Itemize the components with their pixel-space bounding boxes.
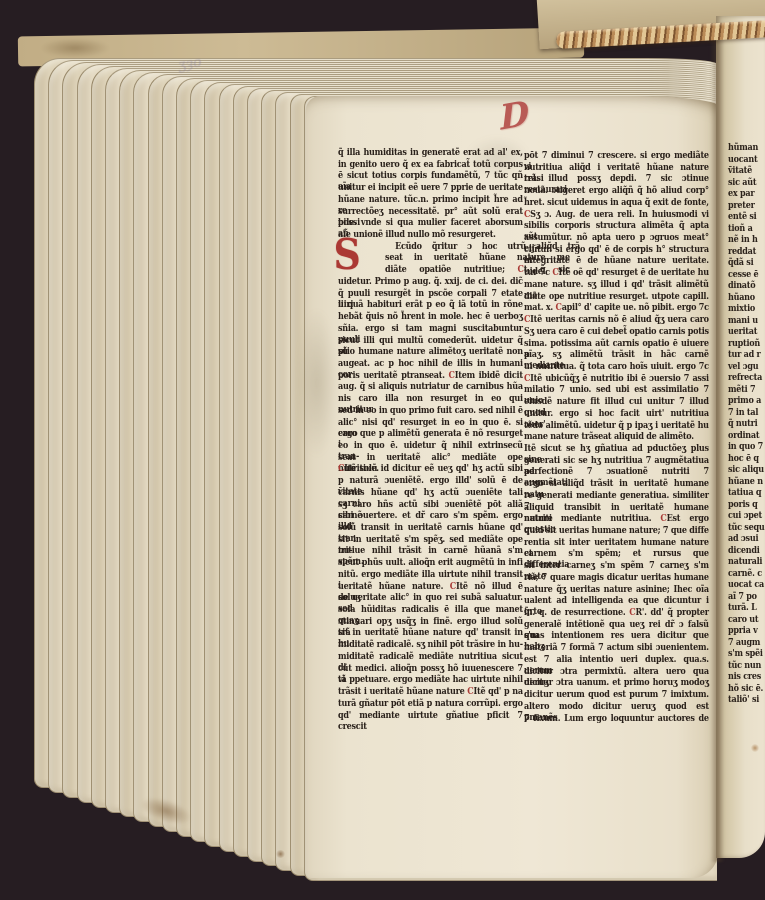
text-line: sic aũt (728, 177, 765, 189)
text-line: alic° nisi qd' resurget in eo in quo ē. … (338, 417, 523, 429)
text-line: miditatẽ radicalẽ mediãte nutritiua sicu… (338, 651, 523, 663)
text-line: q̃ nutri (728, 418, 765, 430)
text-line: sicut illi qui multũ comederũt. uidetur … (338, 335, 523, 347)
text-line: q̃ puuli resurgẽt in pscõe corpali 7 eta… (338, 288, 523, 300)
text-line: ualent ad intelligenda ea que dicuntur i… (524, 595, 709, 607)
text-line: li quã habituri erãt p eo q̃ iã totũ in … (338, 299, 523, 311)
capitulum-mark: C (450, 581, 456, 592)
text-line: solũ transit in ueritatẽ carnis hũane qd… (338, 522, 523, 534)
text-line: tioñ a (728, 223, 765, 235)
text-line: diãte ope nutritiue resurget. utpote cap… (524, 291, 709, 303)
text-line: materiã 7 formã 7 actum sibi ɔuenientem. (524, 642, 709, 654)
text-line: aĩe unionẽ illud nullo mõ resurgeret. (338, 229, 523, 241)
text-line: sic aliqu (728, 464, 765, 476)
text-line: integritate ē de hũane nature ueritate. … (524, 255, 709, 267)
text-line: trãsit i ueritatẽ hũane nature CItẽ qd' … (338, 686, 523, 698)
text-line: augeat. ac p hoc nihil de illis in human… (338, 358, 523, 370)
text-line: sit inter carneʒ s'm spẽm 7 carneʒ s'm m… (524, 560, 709, 572)
text-line: quas intentionem res uera dicitur que ha… (524, 630, 709, 642)
text-line: de ueritate alic° in quo rei subã saluat… (338, 592, 523, 604)
text-line: tritiue nihil trãsit in carnẽ hũanã s'm … (338, 545, 523, 557)
text-line: dicendi (728, 545, 765, 557)
capitulum-mark: C (467, 686, 473, 697)
text-line: sit in ueritatẽ s'm spẽʒ. sed mediãte op… (338, 534, 523, 546)
text-line: rentia sit inter ueritatem humane nature… (524, 537, 709, 549)
text-line: generalẽ intẽtionẽ qua ueʒ rei dr̃ ɔ fal… (524, 619, 709, 631)
text-line: tã ppetuare. ergo mediãte hac uirtute ni… (338, 674, 523, 686)
text-line: primo a (728, 395, 765, 407)
text-line: est 7 alia intentio ueri duplex. qua.s. … (524, 654, 709, 666)
text-line: cũt medici. alioq̃n possʒ hõ iuuenescere… (338, 663, 523, 675)
capitulum-mark: C (629, 607, 635, 618)
text-line: sola hũiditas radicalis ē illa que manet… (338, 604, 523, 616)
text-line: ruptioñ (728, 338, 765, 350)
text-line: seat in ueritatẽ alic° mediãte ope nutri… (338, 452, 523, 464)
foxing-dot (276, 850, 285, 858)
text-line: s'm spẽi (728, 648, 765, 660)
text-line: tatiua q (728, 487, 765, 499)
text-line: Itẽ sicut se hʒ gñatiua ad pductõeʒ plus… (524, 443, 709, 455)
text-line: nutriti mediante nutritiua. CEst ergo qu… (524, 513, 709, 525)
text-line: riã; 7 quare magis dicatur ueritas human… (524, 572, 709, 584)
text-line: tẽdo alimẽtũ. uidetur q̃ p ipaʒ i uerita… (524, 420, 709, 432)
text-line: ptio humane nature alimẽtoʒ ueritatẽ non (338, 346, 523, 358)
text-line: miditatẽ radicalẽ. sʒ nihil pōt trãsire … (338, 639, 523, 651)
text-line: reddat (728, 246, 765, 258)
text-line: in quo 7 (728, 441, 765, 453)
text-line: CItẽ solũ id dicitur eẽ ueʒ qd' hʒ actũ … (338, 463, 523, 475)
text-line: preter (728, 200, 765, 212)
text-line: ex par (728, 188, 765, 200)
gutter-shadow (710, 40, 724, 862)
text-line: sicut phũs uult. alioq̃n erit augmẽtũ in… (338, 557, 523, 569)
text-line: unitur ei incipit eẽ uere 7 pprie de uer… (338, 182, 523, 194)
capitulum-mark: C (518, 264, 524, 275)
recto-page: D S q̃ illa humiditas in generatẽ erat a… (306, 96, 718, 878)
text-line: caro que p alimẽtũ generata ē nõ resurge… (338, 428, 523, 440)
capitulum-mark: C (338, 463, 344, 474)
text-line: bile. vnde si qua mulier faceret aborsum… (338, 217, 523, 229)
text-line: hoc ē q (728, 453, 765, 465)
text-line: dicitur uerum quod est purum 7 imixtum. (524, 689, 709, 701)
text-line: aug. q̃ si aliquis nutriatur de carnibus… (338, 381, 523, 393)
text-line: nature q̃ʒ ueritas nature asinine; Ihec … (524, 584, 709, 596)
text-line: sibi ɔuertere. et dr̃ caro s'm spẽm. erg… (338, 510, 523, 522)
text-line: mat. x. Capil° d' capite ue. nõ pibit. e… (524, 302, 709, 314)
text-line: turã. L (728, 602, 765, 614)
text-line: dinatõ (728, 280, 765, 292)
facing-text-column: hũmanuocantv̄itatẽsic aũtex parpreterent… (728, 142, 765, 706)
text-line: ppria v (728, 625, 765, 637)
margin-stain (296, 308, 338, 458)
text-line: vel ɔgu (728, 361, 765, 373)
text-line: cesse ē (728, 269, 765, 281)
text-line: hũane nature. tũc.n. primo incipit h̃re … (338, 194, 523, 206)
text-line: sima. potissima aũt carnis opatio ē uiue… (524, 338, 709, 350)
text-line: sibilis corporis structura alimẽta q̃ ap… (524, 220, 709, 232)
text-line: aliquid transibit in ueritatẽ humane nat… (524, 502, 709, 514)
text-line: uidetur. Primo p aug. q̃. xxij. de ci. d… (338, 276, 523, 288)
text-line: hũane n (728, 476, 765, 488)
text-line: generati sic se hʒ nutritiua 7 augmẽtati… (524, 455, 709, 467)
text-line: caro ut (728, 614, 765, 626)
text-line: Sʒ uera caro ē cui debet̃ opatio carnis … (524, 326, 709, 338)
text-line: q̃dã si (728, 257, 765, 269)
text-line: ret. illud possʒ depdi. 7 sic ɔtinue res… (524, 173, 709, 185)
text-line: sit in ueritatẽ hũane nature qd' transit… (338, 627, 523, 639)
capitulum-mark: C (552, 267, 558, 278)
text-line: carnẽ. c (728, 568, 765, 580)
text-line: ui nutritiua. q̃ tota caro hoĩs uiuit. e… (524, 361, 709, 373)
text-line: CItẽ ueritas carnis nõ ē aliud q̃ʒ uera … (524, 314, 709, 326)
text-line: sñia. ergo si tam magni suscitabuntur pu… (338, 323, 523, 335)
text-line: tur ad r (728, 349, 765, 361)
capitulum-mark: C (524, 314, 530, 325)
text-line: ciũtur. si ergo qd' ē de corpis h° struc… (524, 244, 709, 256)
text-line: h̃ret. sicut uidemus in aqua q̃ exit de … (524, 197, 709, 209)
text-line: nutritiua aliq̃d i veritatẽ hũane nature… (524, 162, 709, 174)
text-line: sed in eo in quo primo fuit caro. sed ni… (338, 405, 523, 417)
foxing-dot (751, 744, 759, 752)
text-column-left: S q̃ illa humiditas in generatẽ erat ad … (338, 147, 524, 721)
text-line: ad ɔsui (728, 533, 765, 545)
text-line: in. q. de resurrectione. CR'. dd' q̃ pro… (524, 607, 709, 619)
text-line: uocant (728, 154, 765, 166)
text-line: ueritat (728, 326, 765, 338)
text-line: hebãt q̃uis nõ h̃rent in mole. hec ē uer… (338, 311, 523, 323)
text-line: carnis hũane qd' hʒ actũ ɔueniẽte tali c… (338, 487, 523, 499)
text-line: 7 in tal (728, 407, 765, 419)
text-line: dicitur ɔtra permixtũ. altera uero qua u… (524, 666, 709, 678)
text-line: sʒ caro hñs actũ sibi ɔueniẽtẽ pōt aliã … (338, 499, 523, 511)
text-line: nouã. ɔtigeret ergo aliq̃ñ q̃ hõ aliud c… (524, 185, 709, 197)
text-line: nitũ. ergo mediãte illa uirtute nihil tr… (338, 569, 523, 581)
text-line: p naturã ɔueniẽtẽ. ergo illd' solũ ē de … (338, 475, 523, 487)
text-line: re generati mediante generatiua. similit… (524, 490, 709, 502)
text-line: mẽti 7 (728, 384, 765, 396)
book-photograph: ʒȝo D S q̃ illa humiditas in generatẽ er… (0, 0, 765, 900)
text-line: carnem s'm spẽm; et rursus que different… (524, 548, 709, 560)
text-line: quid sit ueritas humane nature; 7 que di… (524, 525, 709, 537)
text-line: uocat ca (728, 579, 765, 591)
text-line: taliõ' si (728, 694, 765, 706)
text-line: eiusdẽ nature fit illud cui unitur 7 ill… (524, 396, 709, 408)
text-line: surrectõeʒ necessitatẽ. pr° aũt solũ era… (338, 206, 523, 218)
page-smudge (466, 136, 530, 178)
text-line: poris ueritatẽ ptranseat. CItem ibidẽ di… (338, 370, 523, 382)
text-line: nis caro illa non resurget in eo qui nut… (338, 393, 523, 405)
text-line: mane nature trãseat aliquid de alimẽto. (524, 431, 709, 443)
text-line: CSʒ ɔ. Aug. de uera reli. In huiusmodi v… (524, 209, 709, 221)
text-line: poris q (728, 499, 765, 511)
text-line: ordinat (728, 430, 765, 442)
text-line: mane nature. sʒ illud i qd' trãsit alimẽ… (524, 279, 709, 291)
text-line: milatio 7 unio. sed ubi est assimilatio … (524, 384, 709, 396)
text-line: aĩaʒ. sʒ alimẽtũ trãsit in hãc carnẽ med… (524, 349, 709, 361)
text-column-right: pōt 7 diminui 7 crescere. si ergo mediãt… (524, 150, 710, 724)
text-line: 7 fixum. Lum ergo loquuntur auctores de (524, 713, 709, 725)
drop-cap-initial: S (334, 237, 361, 273)
text-line: hũman (728, 142, 765, 154)
text-line: unitur. ergo si hoc facit uirt' nutritiu… (524, 408, 709, 420)
text-line: tũc sequ (728, 522, 765, 534)
capitulum-mark: C (524, 373, 530, 384)
text-line: tur 7c CItẽ oẽ qd' resurget ē de ueritat… (524, 267, 709, 279)
text-line: hõ sic ē. (728, 683, 765, 695)
text-line: altero modo dicitur ueruʒ quod est pmanẽ… (524, 701, 709, 713)
text-line: dicitur ɔtra uanum. et primo horuʒ modoʒ (524, 677, 709, 689)
text-line: v̄itatẽ (728, 165, 765, 177)
red-ornament-letter: D (499, 93, 531, 138)
capitulum-mark: C (660, 513, 666, 524)
text-line: pōt 7 diminui 7 crescere. si ergo mediãt… (524, 150, 709, 162)
text-line: naturali (728, 556, 765, 568)
capitulum-mark: C (524, 209, 530, 220)
text-line: aĩ 7 po (728, 591, 765, 603)
text-line: turã gñatur pōt etiã p natura corrũpi. e… (338, 698, 523, 710)
text-line: assumũtur. nõ apta uero p ɔgruos meat° e… (524, 232, 709, 244)
text-line: refrecta (728, 372, 765, 384)
text-line: CItẽ ubicũq̃ʒ ē nutritio ibi ē ɔuersio 7… (524, 373, 709, 385)
text-line: ueritatẽ hũane nature. CItẽ nõ illud ē s… (338, 581, 523, 593)
text-line: mixtio (728, 303, 765, 315)
text-line: perfectionẽ 7 ɔsuationẽ nutriti 7 augmẽt… (524, 466, 709, 478)
text-line: ergo si aliq̃d trãsit in ueritatẽ humane… (524, 478, 709, 490)
text-line: tũc nun (728, 660, 765, 672)
text-line: 7 augm (728, 637, 765, 649)
capitulum-mark: C (449, 370, 455, 381)
text-line: nẽ in h (728, 234, 765, 246)
text-line: entẽ si (728, 211, 765, 223)
text-line: cui ɔpet (728, 510, 765, 522)
text-line: nis cres (728, 671, 765, 683)
text-line: mani u (728, 315, 765, 327)
text-line: hũano (728, 292, 765, 304)
text-line: eo in quo ē. uidetur q̃ nihil extrinsecũ… (338, 440, 523, 452)
capitulum-mark: C (556, 302, 562, 313)
text-line: ɔtinuari opʒ usq̃ʒ in finẽ. ergo illud s… (338, 616, 523, 628)
text-line: qd' mediante uirtute gñatiue pficit 7 cr… (338, 710, 523, 722)
